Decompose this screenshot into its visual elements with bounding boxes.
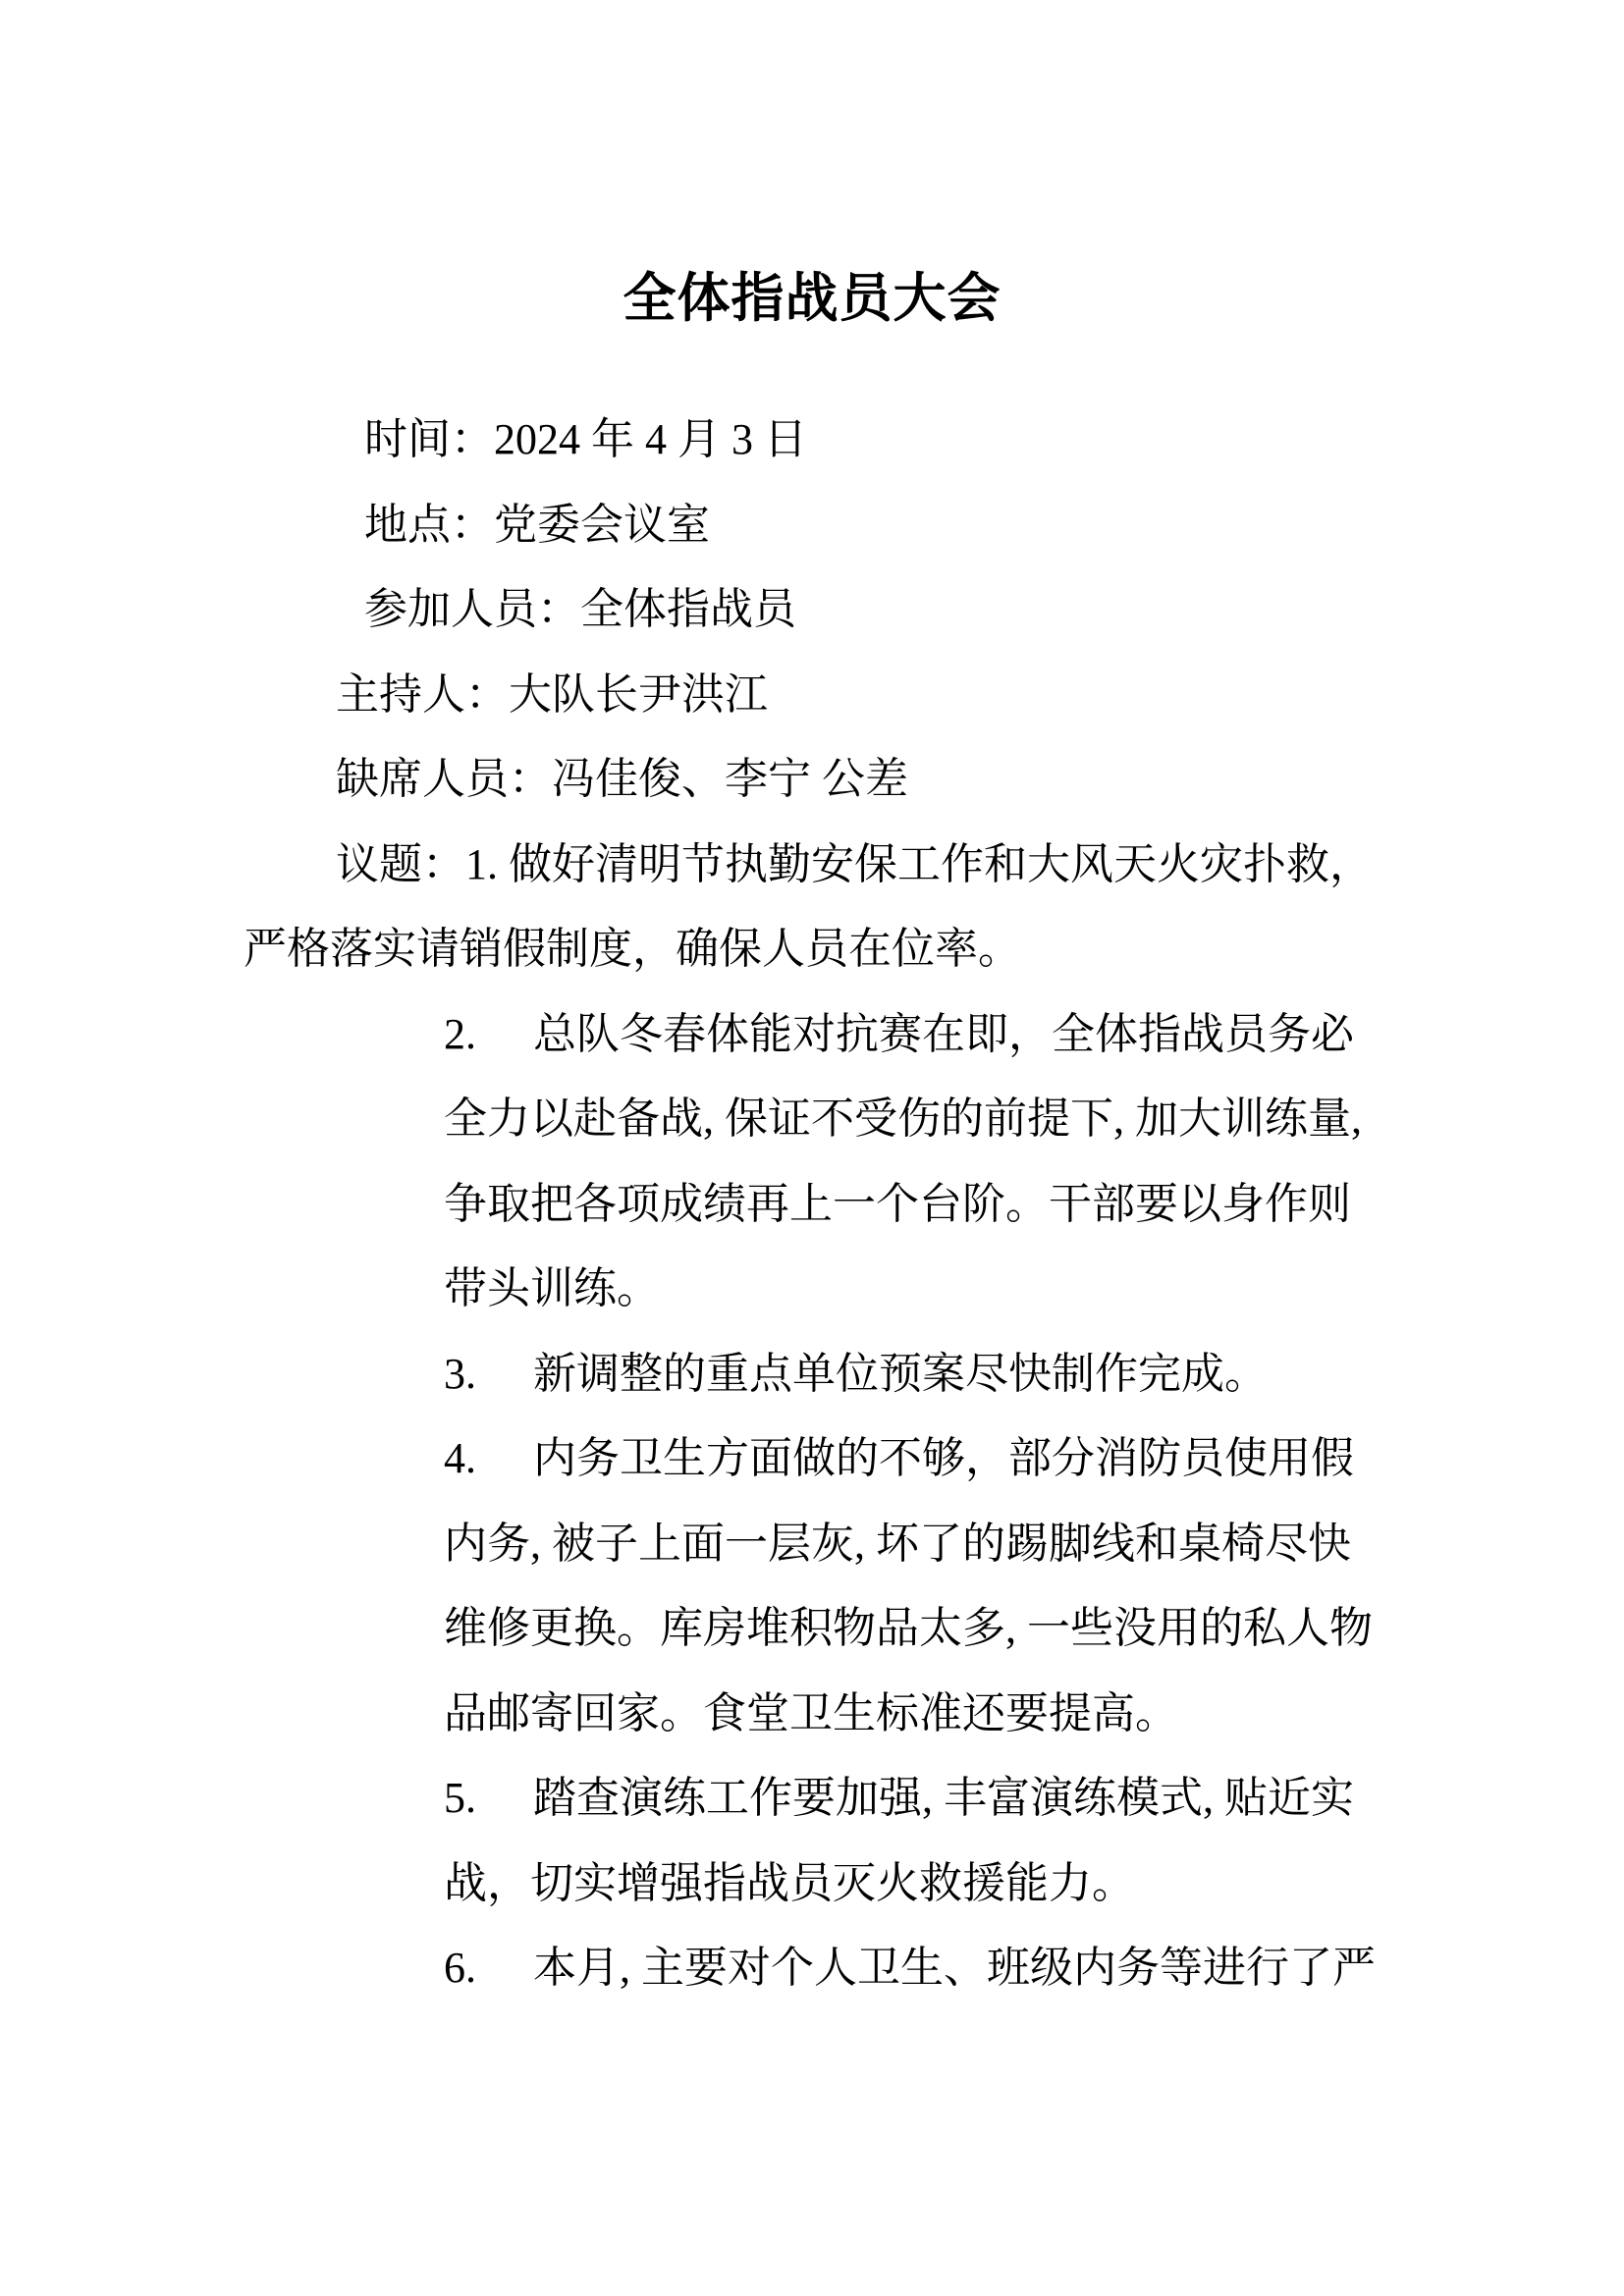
- agenda-topic-1-line: 议题：1. 做好清明节执勤安保工作和大风天火灾扑救，: [0, 823, 1624, 908]
- meta-location-line: 地点：党委会议室: [0, 483, 1624, 568]
- agenda-topic-1-text: 议题：1. 做好清明节执勤安保工作和大风天火灾扑救，: [336, 840, 1373, 888]
- agenda-topic-1-continuation-text: 严格落实请销假制度，确保人员在位率。: [244, 925, 1021, 973]
- agenda-topic-4-number: 4.: [444, 1416, 533, 1502]
- agenda-topic-3-line: 3.新调整的重点单位预案尽快制作完成。: [0, 1332, 1624, 1417]
- meta-participants-line: 参加人员：全体指战员: [0, 567, 1624, 653]
- document-body: 时间：2024 年 4 月 3 日 地点：党委会议室 参加人员：全体指战员 主持…: [0, 398, 1624, 2011]
- agenda-topic-6-number: 6.: [444, 1926, 533, 2011]
- agenda-topic-3-number: 3.: [444, 1332, 533, 1417]
- agenda-topic-5-number: 5.: [444, 1756, 533, 1842]
- agenda-topic-4-continuation-line-2: 维修更换。库房堆积物品太多, 一些没用的私人物: [0, 1586, 1624, 1672]
- meta-location-text: 地点：党委会议室: [364, 501, 710, 549]
- agenda-topic-6-line: 6.本月, 主要对个人卫生、班级内务等进行了严: [0, 1926, 1624, 2011]
- document-page: 全体指战员大会 时间：2024 年 4 月 3 日 地点：党委会议室 参加人员：…: [0, 0, 1624, 2296]
- agenda-topic-2-text: 总队冬春体能对抗赛在即，全体指战员务必: [533, 1010, 1354, 1058]
- agenda-topic-2-continuation-line-2: 争取把各项成绩再上一个台阶。干部要以身作则: [0, 1162, 1624, 1248]
- meta-time-text: 时间：2024 年 4 月 3 日: [364, 415, 807, 463]
- agenda-topic-2-continuation-text-1: 全力以赴备战, 保证不受伤的前提下, 加大训练量,: [444, 1095, 1362, 1143]
- agenda-topic-4-continuation-line-1: 内务, 被子上面一层灰, 坏了的踢脚线和桌椅尽快: [0, 1502, 1624, 1587]
- agenda-topic-2-continuation-text-2: 争取把各项成绩再上一个台阶。干部要以身作则: [444, 1180, 1351, 1228]
- agenda-topic-2-line: 2.总队冬春体能对抗赛在即，全体指战员务必: [0, 992, 1624, 1078]
- meta-host-line: 主持人：大队长尹洪江: [0, 653, 1624, 738]
- meta-time-line: 时间：2024 年 4 月 3 日: [0, 398, 1624, 483]
- agenda-topic-5-line: 5.踏查演练工作要加强, 丰富演练模式, 贴近实: [0, 1756, 1624, 1842]
- agenda-topic-5-continuation-text: 战，切实增强指战员灭火救援能力。: [444, 1859, 1135, 1907]
- agenda-topic-2-continuation-text-3: 带头训练。: [444, 1264, 660, 1312]
- agenda-topic-4-line: 4.内务卫生方面做的不够，部分消防员使用假: [0, 1416, 1624, 1502]
- agenda-topic-2-continuation-line-1: 全力以赴备战, 保证不受伤的前提下, 加大训练量,: [0, 1077, 1624, 1162]
- meta-participants-text: 参加人员：全体指战员: [364, 585, 796, 633]
- agenda-topic-4-text: 内务卫生方面做的不够，部分消防员使用假: [533, 1434, 1354, 1482]
- agenda-topic-6-text: 本月, 主要对个人卫生、班级内务等进行了严: [533, 1944, 1376, 1992]
- document-title: 全体指战员大会: [0, 263, 1624, 334]
- agenda-topic-1-continuation-line: 严格落实请销假制度，确保人员在位率。: [0, 907, 1624, 992]
- agenda-topic-3-text: 新调整的重点单位预案尽快制作完成。: [533, 1350, 1268, 1398]
- meta-absent-text: 缺席人员：冯佳俊、李宁 公差: [336, 755, 908, 803]
- agenda-topic-4-continuation-line-3: 品邮寄回家。食堂卫生标准还要提高。: [0, 1672, 1624, 1757]
- meta-absent-line: 缺席人员：冯佳俊、李宁 公差: [0, 737, 1624, 823]
- agenda-topic-2-continuation-line-3: 带头训练。: [0, 1247, 1624, 1332]
- agenda-topic-5-continuation-line: 战，切实增强指战员灭火救援能力。: [0, 1842, 1624, 1927]
- agenda-topic-4-continuation-text-3: 品邮寄回家。食堂卫生标准还要提高。: [444, 1689, 1178, 1737]
- agenda-topic-5-text: 踏查演练工作要加强, 丰富演练模式, 贴近实: [533, 1774, 1354, 1822]
- agenda-topic-2-number: 2.: [444, 992, 533, 1078]
- agenda-topic-4-continuation-text-2: 维修更换。库房堆积物品太多, 一些没用的私人物: [444, 1604, 1373, 1652]
- meta-host-text: 主持人：大队长尹洪江: [336, 670, 768, 719]
- agenda-topic-4-continuation-text-1: 内务, 被子上面一层灰, 坏了的踢脚线和桌椅尽快: [444, 1520, 1351, 1568]
